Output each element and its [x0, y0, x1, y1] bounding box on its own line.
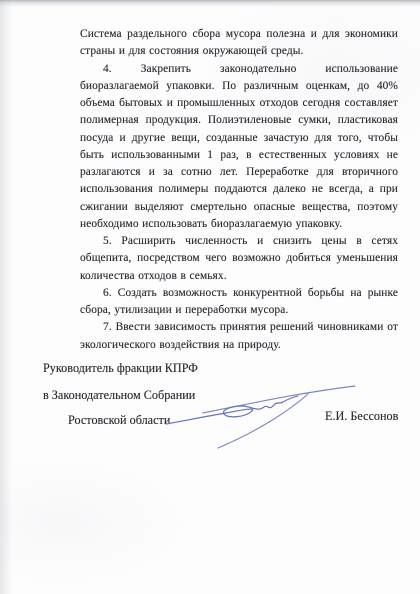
text-line: 6. Создать возможность конкурентной борь…	[80, 285, 398, 302]
paragraph-item-7: 7. Ввести зависимость принятия решений ч…	[80, 319, 398, 354]
text-line: общепита, посредством чего возможно доби…	[80, 250, 398, 267]
text-line: 4. Закрепить законодательно использовани…	[80, 61, 398, 78]
text-line: Система раздельного сбора мусора полезна…	[80, 26, 398, 43]
text-line: разлагаются и за сотню лет. Переработке …	[80, 164, 398, 181]
scanned-document-page: Система раздельного сбора мусора полезна…	[0, 0, 420, 594]
signature-title-line: Руководитель фракции КПРФ	[43, 361, 198, 376]
text-line: использования полимеры поддаются далеко …	[80, 181, 398, 198]
paragraph-intro: Система раздельного сбора мусора полезна…	[80, 26, 398, 61]
text-line: сжигании выделяют смертельно опасные вещ…	[80, 199, 398, 216]
text-line: полимерная продукция. Полиэтиленовые сум…	[80, 112, 398, 129]
text-line: необходимо использовать биоразлагаемую у…	[80, 216, 398, 233]
text-line: быть использованными 1 раз, в естественн…	[80, 147, 398, 164]
paragraph-item-4: 4. Закрепить законодательно использовани…	[80, 61, 398, 234]
signature-title-line: Ростовской области	[68, 413, 170, 428]
paragraph-item-6: 6. Создать возможность конкурентной борь…	[80, 285, 398, 320]
text-line: посуда и другие вещи, созданные зачастую…	[80, 130, 398, 147]
text-line: 5. Расширить численность и снизить цены …	[80, 233, 398, 250]
text-line: 7. Ввести зависимость принятия решений ч…	[80, 319, 398, 336]
text-line: экологического воздействия на природу.	[80, 337, 398, 354]
scan-top-edge	[0, 0, 420, 7]
paragraph-item-5: 5. Расширить численность и снизить цены …	[80, 233, 398, 285]
handwritten-signature-icon	[158, 380, 370, 466]
signature-stroke-tail	[218, 394, 308, 448]
text-line: страны и для состояния окружающей среды.	[80, 43, 398, 60]
text-line: биоразлагаемой упаковки. По различным оц…	[80, 78, 398, 95]
signature-stroke-main	[166, 396, 298, 424]
scan-left-edge	[0, 0, 12, 594]
text-line: объема бытовых и промышленных отходов се…	[80, 95, 398, 112]
document-body: Система раздельного сбора мусора полезна…	[80, 26, 398, 354]
text-line: количества отходов в семьях.	[80, 268, 398, 285]
text-line: сбора, утилизации и переработки мусора.	[80, 302, 398, 319]
signature-stroke-flourish	[203, 386, 355, 413]
